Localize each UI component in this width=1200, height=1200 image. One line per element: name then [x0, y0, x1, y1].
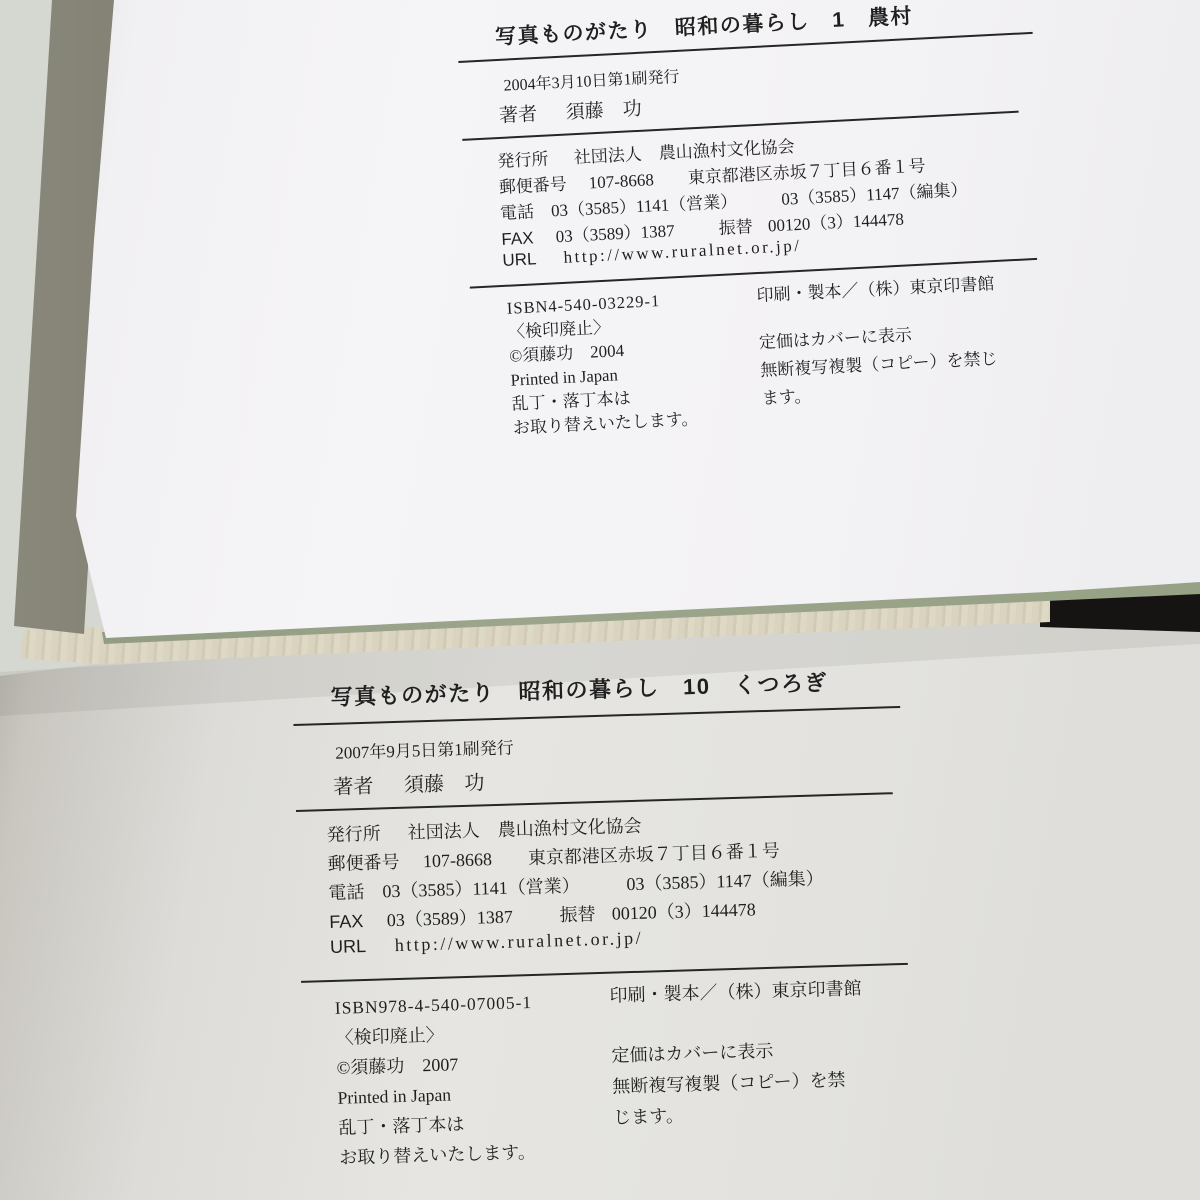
author-label: 著者 [333, 769, 404, 800]
tel-edit: 03（3585）1147（編集） [626, 868, 824, 894]
copy-ban-line1: 無断複写複製（コピー）を禁 [612, 1065, 865, 1098]
book2-edition-date: 2007年9月5日第1刷発行 [335, 733, 514, 763]
isbn-text: ISBN978-4-540-07005-1 [334, 987, 532, 1023]
publisher-label: 発行所 [326, 819, 408, 847]
transfer-label: 振替 [559, 900, 596, 927]
author-name: 須藤 功 [565, 99, 642, 124]
postal-label: 郵便番号 [498, 169, 589, 199]
publisher-name: 社団法人 農山漁村文化協会 [407, 816, 641, 843]
fax-label: FAX [329, 910, 387, 933]
fax-number: 03（3589）1387 [387, 907, 514, 931]
transfer-number: 00120（3）144478 [611, 899, 756, 923]
defect-notice-line2: お取り替えいたします。 [339, 1137, 537, 1173]
transfer-label: 振替 [718, 212, 753, 239]
url-label: URL [502, 248, 564, 271]
postal-code: 107-8668 [423, 849, 493, 871]
tel-label: 電話 [499, 196, 551, 224]
tel-label: 電話 [328, 877, 383, 905]
author-name: 須藤 功 [404, 772, 485, 796]
url-label: URL [330, 935, 395, 958]
postal-label: 郵便番号 [327, 847, 423, 876]
postal-code: 107-8668 [588, 170, 654, 192]
price-note: 定価はカバーに表示 [611, 1034, 864, 1067]
publisher-label: 発行所 [497, 143, 575, 172]
author-label: 著者 [498, 98, 566, 128]
tel-sales: 03（3585）1141（営業） [382, 876, 580, 902]
fax-label: FAX [501, 227, 556, 250]
